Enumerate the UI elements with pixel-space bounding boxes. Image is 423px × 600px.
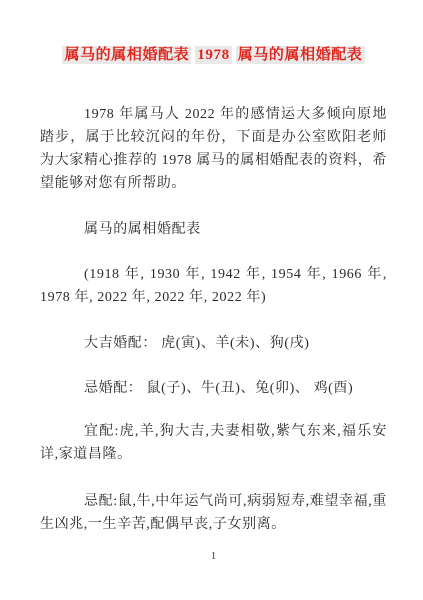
title-segment-year: 1978 bbox=[195, 46, 231, 64]
title-segment-right: 属马的属相婚配表 bbox=[236, 46, 365, 64]
section-heading: 属马的属相婚配表 bbox=[40, 218, 387, 241]
suitable-match-paragraph: 宜配:虎,羊,狗大吉,夫妻相敬,紫气东来,福乐安详,家道昌隆。 bbox=[40, 420, 387, 466]
document-page: 属马的属相婚配表1978属马的属相婚配表 1978 年属马人 2022 年的感情… bbox=[0, 0, 423, 600]
avoid-match-paragraph: 忌配:鼠,牛,中年运气尚可,病弱短寿,难望幸福,重生凶兆,一生辛苦,配偶早丧,子… bbox=[40, 490, 387, 536]
avoid-match-line: 忌婚配： 鼠(子)、牛(丑)、兔(卯)、 鸡(酉) bbox=[40, 377, 387, 400]
intro-paragraph: 1978 年属马人 2022 年的感情运大多倾向原地踏步，属于比较沉闷的年份，下… bbox=[40, 103, 387, 195]
document-title: 属马的属相婚配表1978属马的属相婚配表 bbox=[40, 47, 387, 64]
years-list: (1918 年, 1930 年, 1942 年, 1954 年, 1966 年,… bbox=[40, 263, 387, 309]
page-number: 1 bbox=[40, 550, 387, 562]
title-segment-left: 属马的属相婚配表 bbox=[62, 46, 191, 64]
auspicious-match-line: 大吉婚配： 虎(寅)、羊(未)、狗(戌) bbox=[40, 332, 387, 355]
